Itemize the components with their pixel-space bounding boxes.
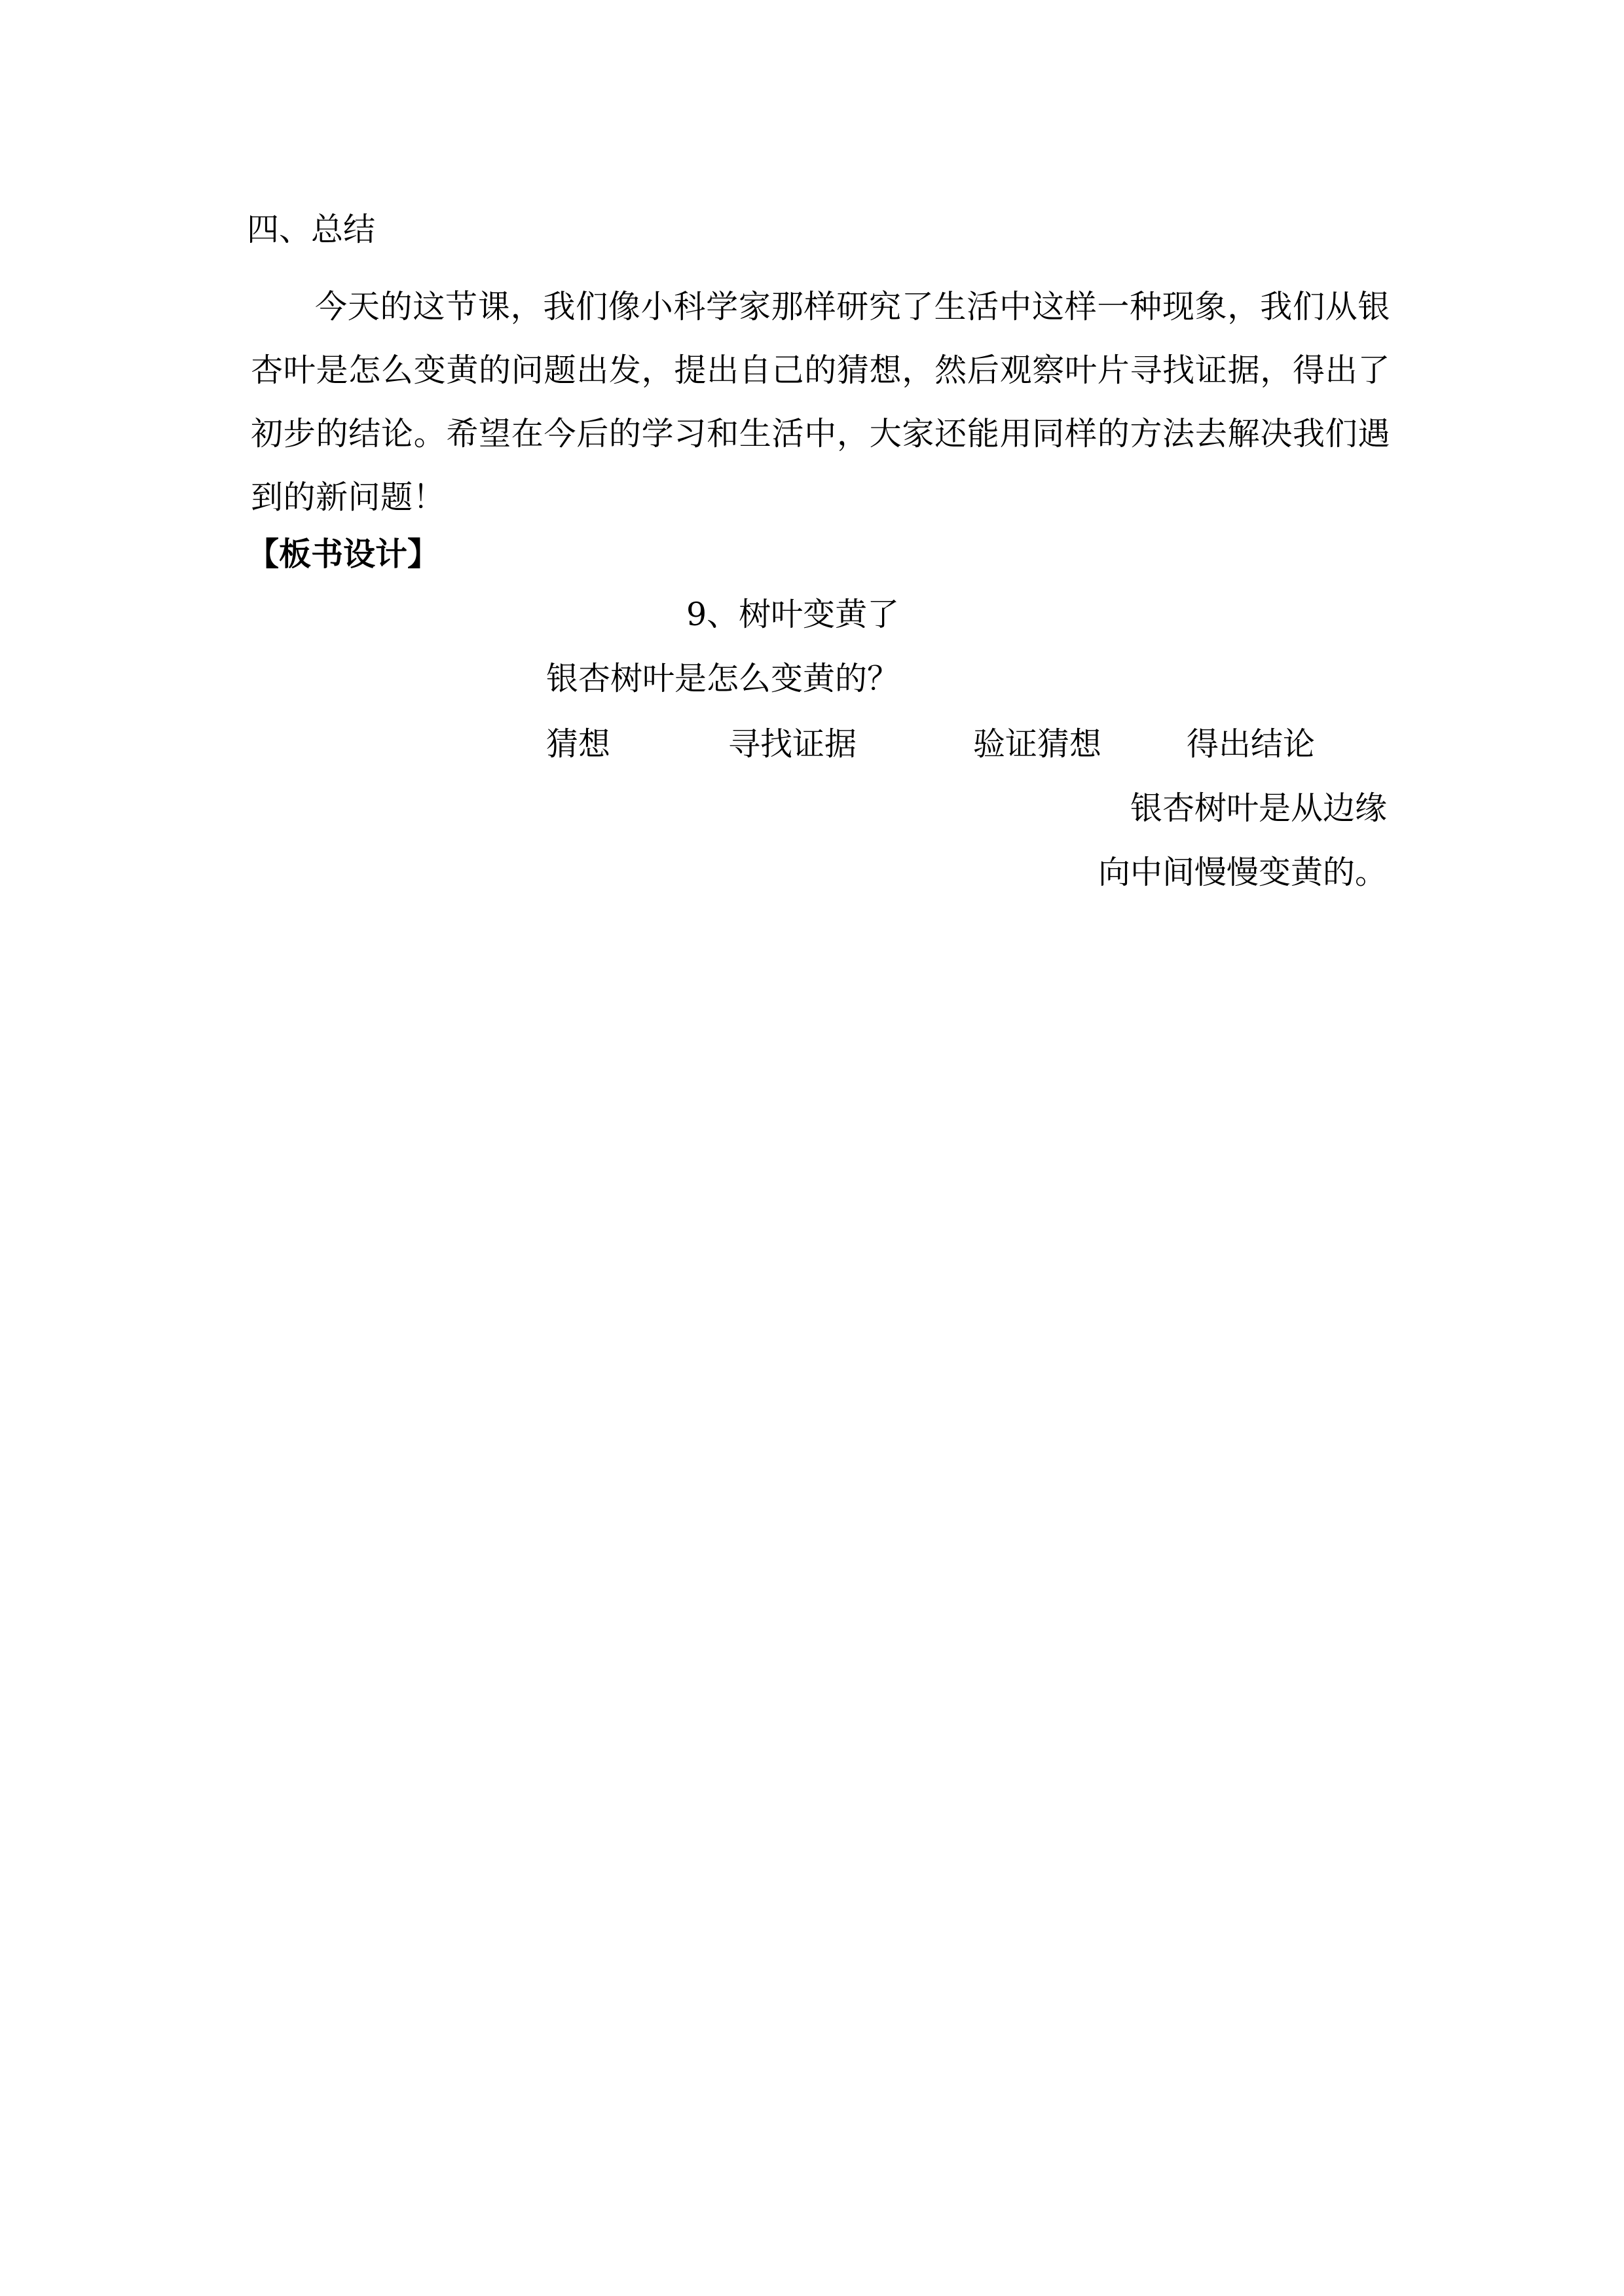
conclusion-line-2: 向中间慢慢变黄的。 [1098, 856, 1387, 888]
step-verify-guess: 验证猜想 [973, 728, 1101, 760]
step-draw-conclusion: 得出结论 [1187, 728, 1315, 760]
step-guess: 猜想 [546, 728, 610, 760]
board-question: 银杏树叶是怎么变黄的？ [546, 663, 899, 695]
board-design-heading: 【板书设计】 [247, 538, 439, 570]
board-title: 9、树叶变黄了 [686, 598, 899, 630]
step-find-evidence: 寻找证据 [728, 728, 857, 760]
summary-heading: 四、总结 [247, 213, 375, 246]
summary-paragraph: 今天的这节课，我们像小科学家那样研究了生活中这样一种现象，我们从银杏叶是怎么变黄… [251, 275, 1390, 529]
conclusion-line-1: 银杏树叶是从边缘 [1130, 792, 1387, 824]
document-page: 四、总结 今天的这节课，我们像小科学家那样研究了生活中这样一种现象，我们从银杏叶… [0, 0, 1624, 2296]
